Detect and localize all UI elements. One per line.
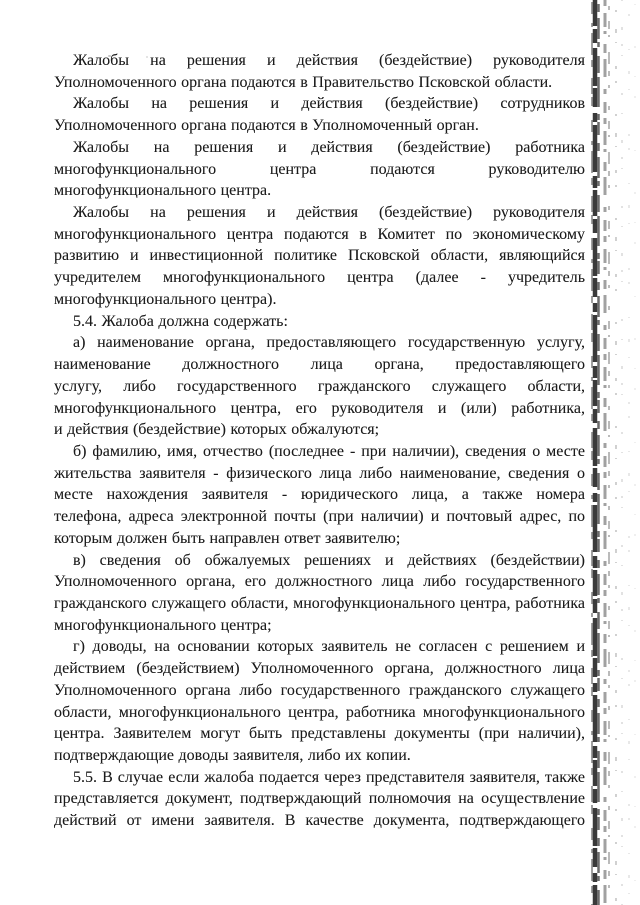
text-line: многофункционального центра подаются рук…: [54, 161, 585, 183]
text-line: телефона, адреса электронной почты (при …: [54, 508, 585, 530]
text-line: Уполномоченного органа подаются в Уполно…: [54, 117, 585, 139]
text-line: г) доводы, на основании которых заявител…: [54, 638, 585, 660]
text-line: Жалобы на решения и действия (бездействи…: [54, 204, 585, 226]
paragraph: Жалобы на решения и действия (бездействи…: [54, 95, 585, 138]
text-line: гражданского служащего области, многофун…: [54, 595, 585, 617]
text-line: Уполномоченного органа подаются в Правит…: [54, 74, 585, 96]
text-line: многофункционального центра).: [54, 291, 585, 313]
document-text: Жалобы на решения и действия (бездействи…: [54, 52, 585, 834]
text-line: б) фамилию, имя, отчество (последнее - п…: [54, 443, 585, 465]
text-line: услугу, либо государственного гражданско…: [54, 378, 585, 400]
text-line: 5.4. Жалоба должна содержать:: [54, 313, 585, 335]
paragraph: г) доводы, на основании которых заявител…: [54, 638, 585, 768]
scan-speck: [108, 55, 111, 57]
text-line: области, многофункционального центра, ра…: [54, 704, 585, 726]
paragraph: Жалобы на решения и действия (бездействи…: [54, 139, 585, 204]
text-line: жительства заявителя - физического лица …: [54, 465, 585, 487]
text-line: многофункционального центра;: [54, 617, 585, 639]
text-line: подтверждающие доводы заявителя, либо их…: [54, 747, 585, 769]
text-line: центра. Заявителем могут быть представле…: [54, 725, 585, 747]
text-line: в) сведения об обжалуемых решениях и дей…: [54, 552, 585, 574]
scan-binding-noise-artifact: [588, 0, 640, 905]
paragraph: Жалобы на решения и действия (бездействи…: [54, 52, 585, 95]
scan-speck: [146, 56, 148, 58]
scanned-document-page: Жалобы на решения и действия (бездействи…: [0, 0, 640, 905]
text-line: действием (бездействием) Уполномоченного…: [54, 660, 585, 682]
paragraph: а) наименование органа, предоставляющего…: [54, 334, 585, 443]
text-line: Уполномоченного органа, его должностного…: [54, 573, 585, 595]
text-line: многофункционального центра подаются в К…: [54, 226, 585, 248]
text-line: Жалобы на решения и действия (бездействи…: [54, 139, 585, 161]
paragraph: 5.5. В случае если жалоба подается через…: [54, 769, 585, 834]
text-line: многофункционального центра, его руковод…: [54, 400, 585, 422]
text-line: представляется документ, подтверждающий …: [54, 790, 585, 812]
paragraph: 5.4. Жалоба должна содержать:: [54, 313, 585, 335]
text-line: наименование должностного лица органа, п…: [54, 356, 585, 378]
text-line: учредителем многофункционального центра …: [54, 269, 585, 291]
text-line: и действия (бездействие) которых обжалую…: [54, 421, 585, 443]
text-line: Жалобы на решения и действия (бездействи…: [54, 95, 585, 117]
text-line: месте нахождения заявителя - юридическог…: [54, 486, 585, 508]
text-line: развитию и инвестиционной политике Псков…: [54, 247, 585, 269]
text-line: Уполномоченного органа либо государствен…: [54, 682, 585, 704]
paragraph: б) фамилию, имя, отчество (последнее - п…: [54, 443, 585, 552]
text-line: Жалобы на решения и действия (бездействи…: [54, 52, 585, 74]
text-line: а) наименование органа, предоставляющего…: [54, 334, 585, 356]
text-line: многофункционального центра.: [54, 182, 585, 204]
paragraph: в) сведения об обжалуемых решениях и дей…: [54, 552, 585, 639]
text-line: действий от имени заявителя. В качестве …: [54, 812, 585, 834]
text-line: которым должен быть направлен ответ заяв…: [54, 530, 585, 552]
text-line: 5.5. В случае если жалоба подается через…: [54, 769, 585, 791]
paragraph: Жалобы на решения и действия (бездействи…: [54, 204, 585, 313]
